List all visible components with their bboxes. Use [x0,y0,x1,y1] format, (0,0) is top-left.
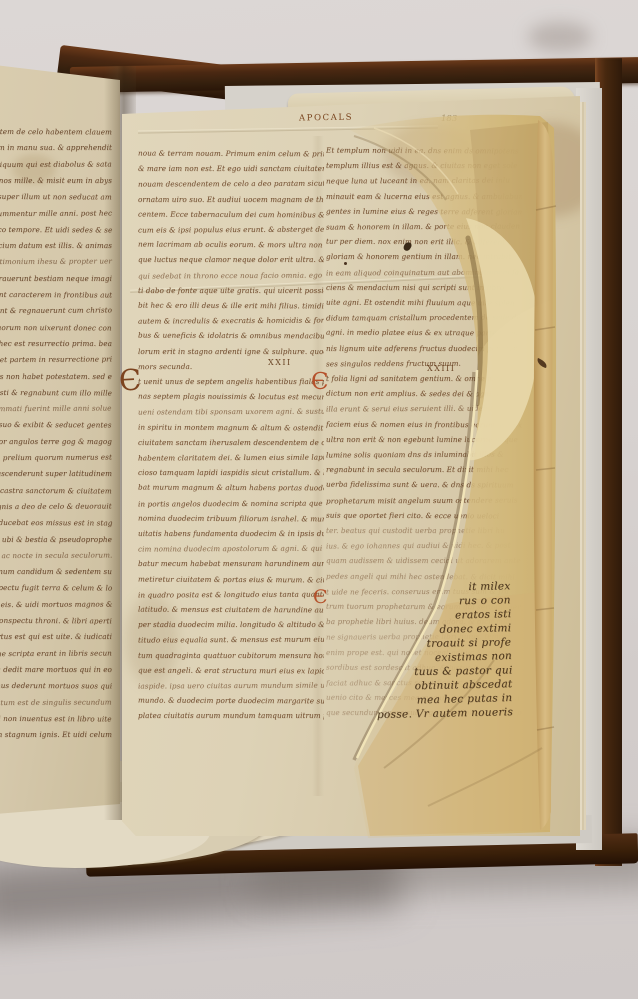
manuscript-text-line: autem & incredulis & execratis & homicid… [138,316,324,326]
manuscript-text-line: ueni ostendam tibi sponsam uxorem agni. … [138,407,324,417]
manuscript-text-line: ciuitatem sanctam iherusalem descendente… [138,438,324,447]
manuscript-text-line: tus & sanctus qui habet partem in resurr… [0,355,112,365]
manuscript-text-line: titudo eius equalia sunt. & mensus est m… [138,635,324,645]
manuscript-text-line: in ipsis erant. & iudicatum est de singu… [0,697,112,707]
manuscript-text-line: nouam descendentem de celo a deo paratam… [138,179,324,189]
manuscript-text-line: que luctus neque clamor neque dolor erit… [138,255,324,264]
manuscript-text-line: mundo. & duodecim porte duodecim margari… [138,696,324,706]
ink-speck [344,262,347,265]
manuscript-text-line: latitudo. & mensus est ciuitatem de haru… [138,605,324,615]
manuscript-text-line: ornatam uiro suo. Et audiui uocem magnam… [138,195,324,204]
manuscript-text-line: nas septem plagis nouissimis & locutus e… [138,392,324,402]
manuscript-text-line: t folia ligni ad sanitatem gentium. & om… [326,374,505,383]
manuscript-text-line: prophetarum misit angelum suum ostendere… [326,495,518,505]
manuscript-text-line: pedes angeli qui mihi hec ostendebat. & … [326,571,515,581]
manuscript-text-line: & mare iam non est. Et ego uidi sanctam … [138,164,324,173]
parchment-crease [138,125,438,133]
manuscript-text-line: ma. in his secunda mors non habet potest… [0,372,112,381]
manuscript-text-line: bit hec & ero illi deus & ille erit mihi… [138,301,324,311]
manuscript-text-line: draconem serpentem antiquum qui est diab… [0,159,112,169]
manuscript-text-line: eratos isti [454,608,511,621]
manuscript-text-line: ultra non erit & non egebunt lumine luce… [326,435,518,444]
manuscript-text-line: batur mecum habebat mensuram harundinem … [138,559,324,568]
manuscript-text-line: per eum a cuius conspectu fugit terra & … [0,583,112,593]
manuscript-text-line: tur per diem. nox enim non erit illic. &… [326,237,505,247]
manuscript-text-line: dilectam. & descendit ignis a deo de cel… [0,501,112,511]
manuscript-text-line: gloriam & honorem gentium in illam. nec … [326,252,511,261]
manuscript-text-line: Et templum non uidi in ea. dns enim ds o… [326,146,519,155]
manuscript-text-line: cioso tamquam lapidi iaspidis sicut cris… [138,468,324,477]
manuscript-text-line: suam & honorem in illam. & porte eius no… [326,221,520,231]
manuscript-text-line: iaspide. ipsa uero ciuitas aurum mundum … [138,680,324,690]
manuscript-text-line: tuus & pastor qui [414,664,513,678]
manuscript-text-line: & congregabit eos in prelium quorum nume… [0,453,112,463]
manuscript-text-line: nem lacrimam ab oculis eorum. & mors ult… [138,240,324,250]
manuscript-text-line: opera ipsorum. & qui non inuentus est in… [0,713,112,723]
manuscript-text-line: que est angeli. & erat structura muri ei… [138,665,324,675]
manuscript-text-line: posse. Vr autem noueris [377,706,513,721]
manuscript-text-line: troauit si profe [427,636,512,649]
manuscript-text-line: nem eius nec acceperunt caracterem in fr… [0,290,112,300]
manuscript-text-line: noua & terram nouam. Primum enim celum &… [138,149,324,159]
manuscript-text-line: gentes in lumine eius & reges terre adfe… [326,206,522,216]
manuscript-text-line: uite agni. Et ostendit mihi fluuium aque… [326,298,515,308]
manuscript-text-line: tum quadraginta quattuor cubitorum mensu… [138,651,324,660]
manuscript-text-line: in spiritu in montem magnum & altum & os… [138,422,324,432]
manuscript-text-line: obtinuit abscedat [415,678,513,692]
manuscript-text-line: illa erunt & serui eius seruient illi. &… [326,404,500,414]
manuscript-text-line: mille annis. ceteri mortuorum non uixeru… [0,322,112,332]
manuscript-text-line: in quadro posita est & longitudo eius ta… [138,589,324,599]
manuscript-text-line: abyssi & catenam magnam in manu sua. & a… [0,143,112,152]
manuscript-text-line: didum tamquam cristallum procedentem de … [326,313,522,323]
manuscript-text-line: dum opera ipsorum. & dedit mare mortuos … [0,665,112,674]
manuscript-text-line: sunt & alius liber apertus est qui est u… [0,632,112,641]
manuscript-text-line: mea hec putas in [417,692,513,706]
manuscript-text-line: nas & ligauit eum per annos mille. & mis… [0,176,112,185]
manuscript-text-line: per stadia duodecim milia. longitudo & a… [138,620,324,629]
manuscript-text-line: agni. in medio platee eius & ex utraque … [326,328,518,338]
manuscript-text-line: existimas non [435,650,512,664]
left-page-verso: et uidi angelum descendentem de celo hab… [0,56,120,822]
manuscript-text-line: ciens & mendacium nisi qui scripti sunt … [326,283,504,292]
manuscript-text-line: bat murum magnum & altum habens portas d… [138,483,324,493]
manuscript-text-line: annis. Et cum consummati fuerint mille a… [0,404,112,414]
manuscript-text-line: nis lignum uite adferens fructus duodeci… [326,344,518,353]
left-page-text-block: et uidi angelum descendentem de celo hab… [0,127,112,777]
manuscript-text-line: derunt super eas & iudicium datum est il… [0,241,112,250]
manuscript-text-line: suis que oportet fieri cito. & ecce ueni… [326,510,499,520]
manuscript-photo: et uidi angelum descendentem de celo hab… [0,0,638,999]
manuscript-text-line: erant & mors & infernus dederunt mortuos… [0,681,112,691]
manuscript-text-line: que sunt super quattuor angulos terre go… [0,437,112,446]
folio-number: 183 [441,114,471,124]
manuscript-text-line: in eam aliquod coinquinatum aut abominat… [326,267,519,277]
manuscript-text-line: tur satanas de carcere suo & exibit & se… [0,420,112,430]
background-smudge [528,22,592,52]
manuscript-text-line: habentem claritatem dei. & lumen eius si… [138,452,324,462]
manuscript-text-line: Et uidi thronum magnum candidum & sedent… [0,567,112,576]
manuscript-text-line: quam audissem & uidissem cecidi ut adora… [326,556,521,565]
manuscript-text-line: rus o con [459,594,511,607]
manuscript-text-line: nomina duodecim tribuum filiorum israhel… [138,513,324,523]
rubricated-initial-e-2: Є [313,588,328,607]
chapter-numeral-xxii: XXII [268,358,292,367]
manuscript-text-line: lumine solis quoniam dns ds inluminabit … [326,450,504,460]
rubricated-initial-e-1: Є [311,371,329,394]
manuscript-text-line: oportet illum solui modico tempore. Et u… [0,224,112,234]
manuscript-text-line: t uenit unus de septem angelis habentibu… [138,377,324,386]
manuscript-text-line: in manibus suis. & uixerunt & regnauerun… [0,306,112,316]
manuscript-text-line: plius gentes donec consummentur mille an… [0,208,112,218]
manuscript-text-line: regnabunt in secula seculorum. Et dixit … [326,465,508,474]
manuscript-text-line: terre & circumierunt castra sanctorum & … [0,485,112,495]
manuscript-text-line: runt sacerdotes dei & christi & regnabun… [0,387,112,397]
overlay-leaf-text-block: it milexrus o coneratos istidonec extimi… [336,580,513,744]
manuscript-text-line: sicut harena maris. & ascenderunt super … [0,469,112,478]
manuscript-text-line: platea ciuitatis aurum mundum tamquam ui… [138,711,324,720]
manuscript-text-line: num ignis & sulphuris ubi & bestia & pse… [0,535,112,544]
manuscript-text-line: centem. Ecce tabernaculum dei cum homini… [138,209,324,219]
text-column-left: noua & terram nouam. Primum enim celum &… [138,149,324,757]
manuscript-text-line: metiretur ciuitatem & portas eius & muru… [138,574,324,584]
manuscript-text-line: bus & ueneficis & idolatris & omnibus me… [138,331,324,341]
manuscript-text-line: cum eis & ipsi populus eius erunt. & abs… [138,224,324,234]
manuscript-text-line: eos. & diabolus qui seducebat eos missus… [0,518,112,528]
manuscript-text-line: qui sedebat in throno ecce noua facio om… [138,270,324,280]
manuscript-text-line: it milex [468,580,510,593]
illuminated-initial-e-brown: Є [118,365,142,395]
chapter-numeral-xxiii: XXIII [427,364,455,373]
manuscript-text-line: scriptus missus est in stagnum ignis. Et… [0,730,112,739]
manuscript-text-line: uerba fidelissima sunt & uera. & dns ds … [326,480,514,490]
manuscript-text-line: pusillos stantes in conspectu throni. & … [0,616,112,626]
manuscript-text-line: minauit eam & lucerna eius est agnus. & … [326,192,522,201]
manuscript-text-line: ter. beatus qui custodit uerba prophetie… [326,526,505,535]
manuscript-text-line: ius. & ego iohannes qui audiui & uidi he… [326,541,511,551]
manuscript-text-line: tes cruciabuntur die ac nocte in secula … [0,550,112,560]
manuscript-text-line: sunt mortui ex his que scripta erant in … [0,648,112,658]
manuscript-text-line: bum dei. & qui non adorauerunt bestiam n… [0,274,112,283]
manuscript-text-line: neque luna ut luceant in ea. nam clarita… [326,176,510,186]
manuscript-text-line: summentur mille anni. hec est resurrecti… [0,339,112,348]
running-header: APOCALS [299,112,359,123]
manuscript-text-line: dictum non erit amplius. & sedes dei & a… [326,389,501,399]
manuscript-text-line: cus non est inuentus eis. & uidi mortuos… [0,599,112,609]
manuscript-text-line: faciem eius & nomen eius in frontibus eo… [326,419,522,429]
manuscript-text-line: templum illius est & agnus. & ciuitas no… [326,161,517,170]
manuscript-text-line: cim nomina duodecim apostolorum & agni. … [138,544,324,554]
manuscript-text-line: et uidi angelum descendentem de celo hab… [0,127,112,137]
manuscript-text-line: in portis angelos duodecim & nomina scri… [138,498,324,508]
manuscript-text-line: mors secunda. [138,362,192,371]
manuscript-text-line: decollatorum propter testimonium ihesu &… [0,257,112,267]
manuscript-text-line: ti dabo de fonte aque uite gratis. qui u… [138,286,324,295]
manuscript-text-line: sum & clusit & signauit super illum ut n… [0,192,112,202]
manuscript-text-line: donec extimi [439,622,511,636]
manuscript-text-line: uitatis habens fundamenta duodecim & in … [138,529,324,538]
manuscript-text-line: lorum erit in stagno ardenti igne & sulp… [138,347,324,356]
